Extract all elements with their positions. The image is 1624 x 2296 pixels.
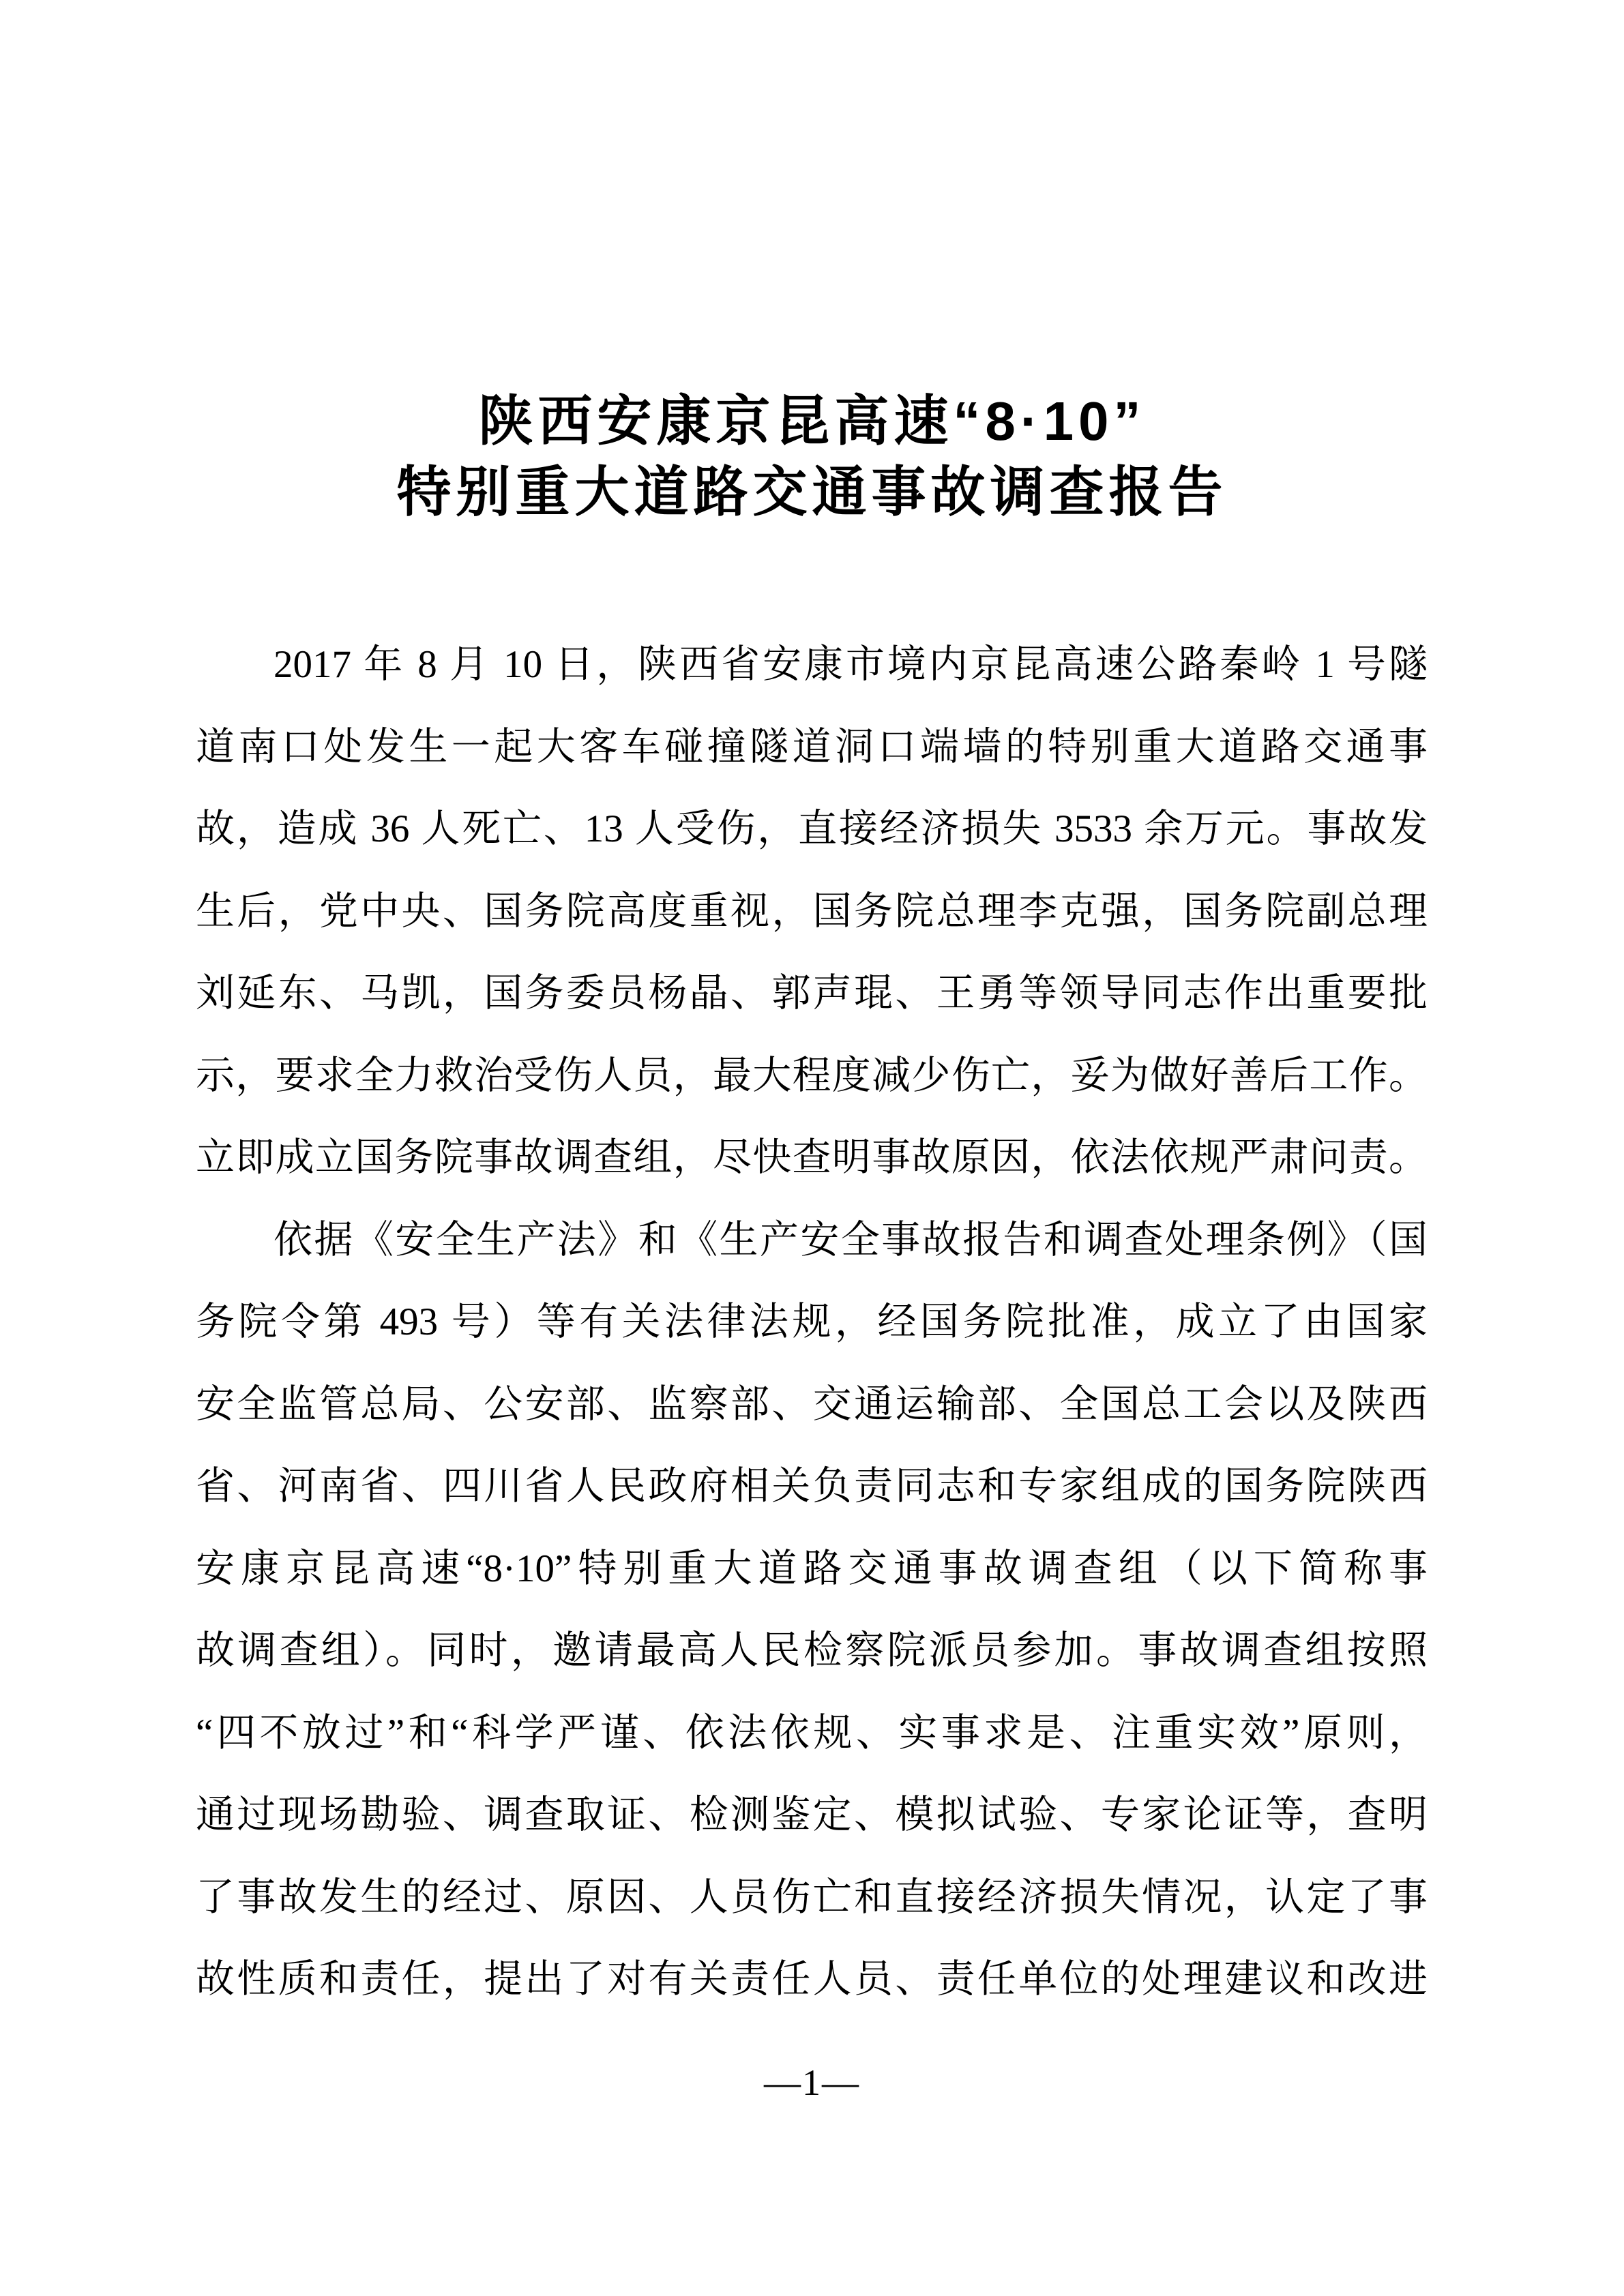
paragraph-2-line-3: 安全监管总局、公安部、监察部、交通运输部、全国总工会以及陕西 [196,1364,1428,1446]
paragraph-2-line-8: 通过现场勘验、调查取证、检测鉴定、模拟试验、专家论证等，查明 [196,1774,1428,1857]
report-title-line-2: 特别重大道路交通事故调查报告 [0,457,1624,528]
paragraph-2-line-10: 故性质和责任，提出了对有关责任人员、责任单位的处理建议和改进 [196,1939,1428,2021]
paragraph-1-line-3: 故，造成 36 人死亡、13 人受伤，直接经济损失 3533 余万元。事故发 [196,788,1428,871]
paragraph-2: 依据《安全生产法》和《生产安全事故报告和调查处理条例》（国 务院令第 493 号… [196,1199,1428,2021]
report-title-line-1: 陕西安康京昆高速“8·10” [0,386,1624,457]
paragraph-2-line-9: 了事故发生的经过、原因、人员伤亡和直接经济损失情况，认定了事 [196,1857,1428,1939]
paragraph-1-line-2: 道南口处发生一起大客车碰撞隧道洞口端墙的特别重大道路交通事 [196,706,1428,789]
report-title: 陕西安康京昆高速“8·10” 特别重大道路交通事故调查报告 [0,386,1624,528]
paragraph-1-line-1: 2017 年 8 月 10 日，陕西省安康市境内京昆高速公路秦岭 1 号隧 [196,624,1428,706]
paragraph-1-line-5: 刘延东、马凯，国务委员杨晶、郭声琨、王勇等领导同志作出重要批 [196,953,1428,1035]
paragraph-1: 2017 年 8 月 10 日，陕西省安康市境内京昆高速公路秦岭 1 号隧 道南… [196,624,1428,1199]
paragraph-2-line-7: “四不放过”和“科学严谨、依法依规、实事求是、注重实效”原则， [196,1693,1428,1775]
paragraph-2-line-2: 务院令第 493 号）等有关法律法规，经国务院批准，成立了由国家 [196,1281,1428,1364]
paragraph-1-line-4: 生后，党中央、国务院高度重视，国务院总理李克强，国务院副总理 [196,871,1428,953]
paragraph-2-line-4: 省、河南省、四川省人民政府相关负责同志和专家组成的国务院陕西 [196,1446,1428,1528]
document-page: 陕西安康京昆高速“8·10” 特别重大道路交通事故调查报告 2017 年 8 月… [0,0,1624,2296]
paragraph-1-line-6: 示，要求全力救治受伤人员，最大程度减少伤亡，妥为做好善后工作。 [196,1035,1428,1118]
report-body: 2017 年 8 月 10 日，陕西省安康市境内京昆高速公路秦岭 1 号隧 道南… [196,624,1428,2021]
paragraph-2-line-1: 依据《安全生产法》和《生产安全事故报告和调查处理条例》（国 [196,1199,1428,1282]
paragraph-1-line-7: 立即成立国务院事故调查组，尽快查明事故原因，依法依规严肃问责。 [196,1117,1428,1199]
page-number: —1— [0,2055,1624,2110]
paragraph-2-line-5: 安康京昆高速“8·10”特别重大道路交通事故调查组（以下简称事 [196,1528,1428,1611]
paragraph-2-line-6: 故调查组）。同时，邀请最高人民检察院派员参加。事故调查组按照 [196,1610,1428,1693]
